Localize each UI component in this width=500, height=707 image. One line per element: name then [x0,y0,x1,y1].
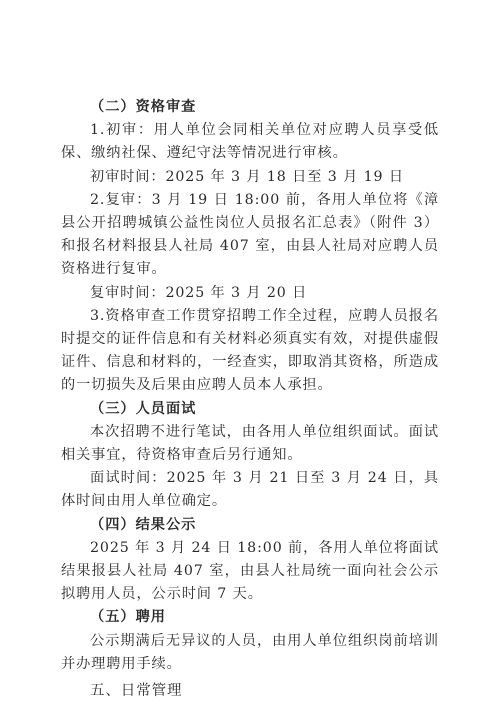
para-interview: 本次招聘不进行笔试，由各用人单位组织面试。面试相关事宜，待资格审查后另行通知。 [61,421,439,467]
heading-qualification-review: （二）资格审查 [61,96,439,119]
heading-interview: （三）人员面试 [61,398,439,421]
para-second-review: 2.复审：3 月 19 日 18:00 前，各用人单位将《漳县公开招聘城镇公益性… [61,189,439,282]
para-second-review-time: 复审时间：2025 年 3 月 20 日 [61,282,439,305]
para-review-throughout: 3.资格审查工作贯穿招聘工作全过程，应聘人员报名时提交的证件信息和有关材料必须真… [61,305,439,398]
heading-hiring: （五）聘用 [61,606,439,629]
para-initial-review-time: 初审时间：2025 年 3 月 18 日至 3 月 19 日 [61,166,439,189]
section-heading-daily-management: 五、日常管理 [61,680,439,703]
para-hiring: 公示期满后无异议的人员，由用人单位组织岗前培训并办理聘用手续。 [61,630,439,676]
para-result-publicity: 2025 年 3 月 24 日 18:00 前，各用人单位将面试结果报县人社局 … [61,537,439,607]
scan-speck [264,357,265,358]
para-interview-time: 面试时间：2025 年 3 月 21 日至 3 月 24 日，具体时间由用人单位… [61,467,439,513]
document-page: （二）资格审查 1.初审：用人单位会同相关单位对应聘人员享受低保、缴纳社保、遵纪… [61,96,439,703]
heading-result-publicity: （四）结果公示 [61,514,439,537]
para-initial-review: 1.初审：用人单位会同相关单位对应聘人员享受低保、缴纳社保、遵纪守法等情况进行审… [61,119,439,165]
